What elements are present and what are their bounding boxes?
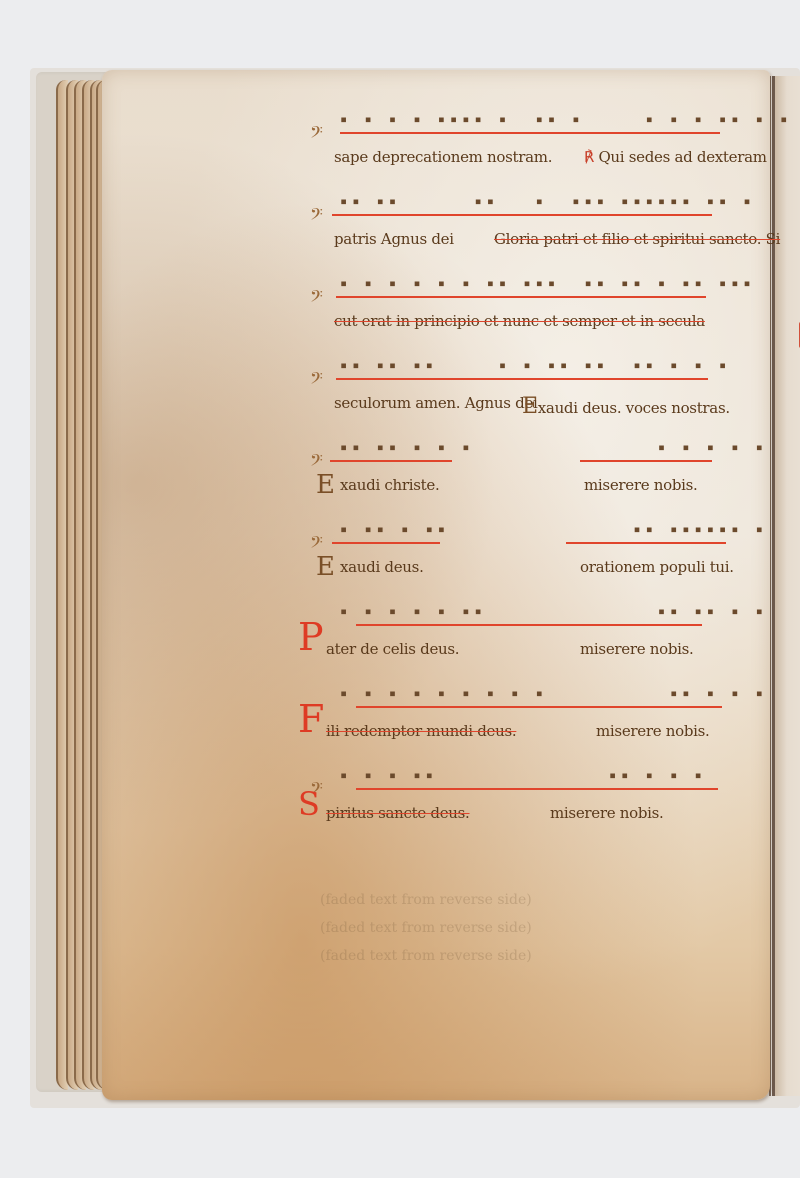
neumes: ▪ ▪▪ ▪ ▪▪ ▪▪ ▪▪▪▪▪▪ ▪ [340,522,768,536]
lyric-line: patris Agnus dei Gloria patri et filio e… [334,230,730,248]
clef-icon: 𝄢 [310,122,323,146]
red-staff-line [356,706,722,708]
lyric-line: seculorum amen. Agnus dei Exaudi deus. v… [334,394,730,412]
lyric-line: piritus sancte deus. miserere nobis. [326,804,730,822]
lyric-line: ili redemptor mundi deus. miserere nobis… [326,722,730,740]
bleed-through-text: (faded text from reverse side) (faded te… [320,886,710,970]
lyric-text: Gloria patri et filio et spiritui sancto… [494,230,780,248]
lyric-text: miserere nobis. [550,804,664,822]
red-staff-line [356,788,718,790]
lyric-text: miserere nobis. [596,722,710,740]
music-system: 𝄢 ▪ ▪ ▪ ▪ ▪▪▪▪ ▪ ▪▪ ▪ ▪ ▪ ▪ ▪▪ ▪ ▪ sape … [300,100,740,182]
neumes: ▪ ▪ ▪ ▪ ▪ ▪▪ ▪▪ ▪▪ ▪ ▪ [340,604,768,618]
red-staff-line [332,214,712,216]
chant-text-block: 𝄢 ▪ ▪ ▪ ▪ ▪▪▪▪ ▪ ▪▪ ▪ ▪ ▪ ▪ ▪▪ ▪ ▪ sape … [300,100,740,838]
neumes: ▪▪ ▪▪ ▪▪ ▪ ▪ ▪▪ ▪▪ ▪▪ ▪ ▪ ▪ [340,358,731,372]
neumes: ▪ ▪ ▪ ▪ ▪ ▪ ▪ ▪ ▪ ▪▪ ▪ ▪ ▪ [340,686,768,700]
lyric-line: xaudi deus. orationem populi tui. [340,558,730,576]
lyric-text: ater de celis deus. [326,640,459,658]
music-system: 𝄢 ▪ ▪ ▪ ▪ ▪ ▪ ▪▪ ▪▪▪ ▪▪ ▪▪ ▪ ▪▪ ▪▪▪ cut … [300,264,740,346]
lyric-line: cut erat in principio et nunc et semper … [334,312,730,330]
rubricated-initial: S [298,788,320,820]
red-staff-line [580,460,712,462]
neumes: ▪ ▪ ▪ ▪▪ ▪▪ ▪ ▪ ▪ [340,768,707,782]
music-system: 𝄢 ▪ ▪▪ ▪ ▪▪ ▪▪ ▪▪▪▪▪▪ ▪ E xaudi deus. or… [300,510,740,592]
bleed-line: (faded text from reverse side) [320,914,710,942]
lyric-text: xaudi deus. [340,558,424,576]
lyric-text: miserere nobis. [584,476,698,494]
music-system: 𝄢 ▪▪ ▪▪ ▪▪ ▪ ▪▪▪ ▪▪▪▪▪▪ ▪▪ ▪ patris Agnu… [300,182,740,264]
lyric-line: ater de celis deus. miserere nobis. [326,640,730,658]
initial-letter: E [522,394,538,419]
neumes: ▪▪ ▪▪ ▪▪ ▪ ▪▪▪ ▪▪▪▪▪▪ ▪▪ ▪ [340,194,756,208]
lyric-text: orationem populi tui. [580,558,734,576]
lyric-text: miserere nobis. [580,640,694,658]
red-staff-line [336,378,708,380]
red-staff-line [340,132,720,134]
clef-icon: 𝄢 [310,286,323,310]
lyric-text: seculorum amen. Agnus dei [334,394,538,412]
facing-page-edge [772,76,800,1096]
red-staff-line [566,542,726,544]
initial-letter: E [316,472,335,498]
lyric-text: patris Agnus dei [334,230,454,248]
music-system: ▪ ▪ ▪ ▪ ▪ ▪▪ ▪▪ ▪▪ ▪ ▪ P ater de celis d… [300,592,740,674]
music-system: 𝄢 ▪ ▪ ▪ ▪▪ ▪▪ ▪ ▪ ▪ S piritus sancte deu… [300,756,740,838]
neumes: ▪ ▪ ▪ ▪ ▪ ▪ ▪▪ ▪▪▪ ▪▪ ▪▪ ▪ ▪▪ ▪▪▪ [340,276,756,290]
lyric-text: Qui sedes ad dexteram [598,148,766,166]
lyric-line: xaudi christe. miserere nobis. [340,476,730,494]
red-staff-line [330,460,452,462]
rubricated-initial: P [298,618,324,656]
bleed-line: (faded text from reverse side) [320,886,710,914]
lyric-text: xaudi deus. voces nostras. [538,399,730,417]
lyric-text: sape deprecationem nostram. [334,148,552,166]
lyric-text: ili redemptor mundi deus. [326,722,516,740]
response-rubric: ℟ [584,148,594,166]
bleed-line: (faded text from reverse side) [320,942,710,970]
red-staff-line [356,624,702,626]
neumes: ▪ ▪ ▪ ▪ ▪▪▪▪ ▪ ▪▪ ▪ ▪ ▪ ▪ ▪▪ ▪ ▪ [340,112,792,126]
clef-icon: 𝄢 [310,204,323,228]
music-system: 𝄢 ▪▪ ▪▪ ▪ ▪ ▪ ▪ ▪ ▪ ▪ ▪ E xaudi christe.… [300,428,740,510]
initial-letter: E [316,554,335,580]
lyric-line: sape deprecationem nostram. ℟ Qui sedes … [334,148,730,166]
music-system: ▪ ▪ ▪ ▪ ▪ ▪ ▪ ▪ ▪ ▪▪ ▪ ▪ ▪ F ili redempt… [300,674,740,756]
red-staff-line [332,542,440,544]
lyric-text: piritus sancte deus. [326,804,470,822]
rubricated-initial: F [298,700,324,738]
clef-icon: 𝄢 [310,368,323,392]
neumes: ▪▪ ▪▪ ▪ ▪ ▪ ▪ ▪ ▪ ▪ ▪ [340,440,768,454]
lyric-text: xaudi christe. [340,476,439,494]
music-system: 𝄢 ▪▪ ▪▪ ▪▪ ▪ ▪ ▪▪ ▪▪ ▪▪ ▪ ▪ ▪ seculorum … [300,346,740,428]
lyric-text: cut erat in principio et nunc et semper … [334,312,705,330]
red-staff-line [336,296,706,298]
